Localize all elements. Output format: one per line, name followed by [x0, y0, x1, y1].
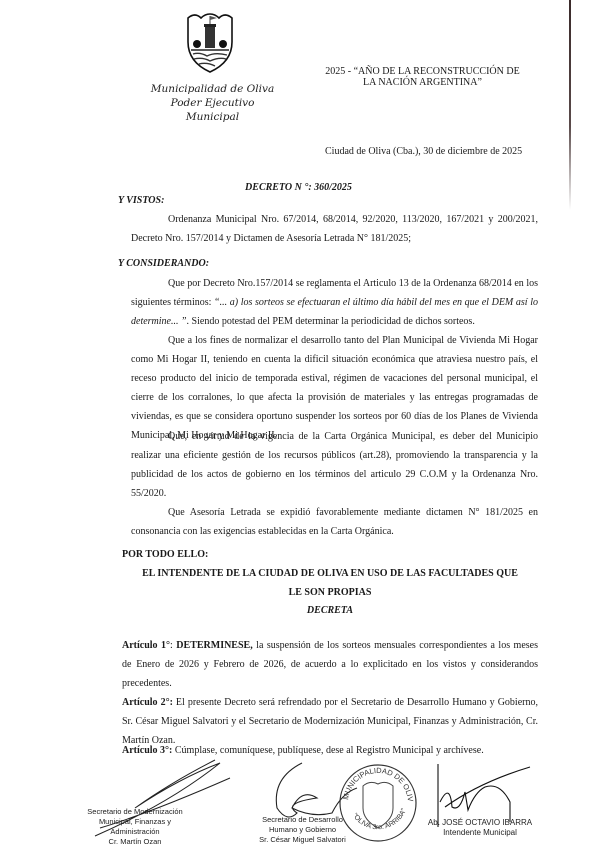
p3-text: Que, en virtud de la vigencia de la Cart…	[131, 431, 538, 499]
vistos-paragraph: Ordenanza Municipal Nro. 67/2014, 68/201…	[131, 210, 538, 248]
article-1-lead: DETERMINESE,	[176, 640, 252, 651]
considerando-paragraph-3: Que, en virtud de la vigencia de la Cart…	[131, 427, 538, 503]
sig-0-line1: Secretario de Modernización	[80, 807, 190, 817]
sig-1-line1: Secretario de Desarrollo	[255, 815, 350, 825]
article-1: Artículo 1°: DETERMINESE, la suspensión …	[122, 636, 538, 693]
sig-0-line3: Cr. Martín Ozan	[80, 837, 190, 847]
article-2-text: El presente Decreto será refrendado por …	[122, 697, 538, 746]
considerando-paragraph-4: Que Asesoría Letrada se expidió favorabl…	[131, 503, 538, 541]
institution-line-1: Municipalidad de Oliva	[145, 82, 280, 96]
vistos-heading: Y VISTOS:	[118, 195, 164, 206]
decree-title: DECRETO N °: 360/2025	[0, 182, 597, 193]
article-1-label: Artículo 1°	[122, 640, 170, 651]
decreta-label: DECRETA	[110, 605, 550, 616]
year-motto: 2025 - “AÑO DE LA RECONSTRUCCIÓN DE LA N…	[300, 66, 545, 88]
year-motto-line-1: 2025 - “AÑO DE LA RECONSTRUCCIÓN DE	[300, 66, 545, 77]
svg-text:"OLIVA 3ro. ARRIBA": "OLIVA 3ro. ARRIBA"	[351, 807, 408, 831]
institution-line-2: Poder Ejecutivo Municipal	[145, 96, 280, 124]
sig-2-line1: Ab. JOSÉ OCTAVIO IBARRA	[425, 818, 535, 828]
p4-text: Que Asesoría Letrada se expidió favorabl…	[131, 507, 538, 537]
article-3-label: Artículo 3°:	[122, 745, 172, 756]
seal-top-text: MUNICIPALIDAD DE OLIVA	[335, 751, 415, 802]
vistos-text: Ordenanza Municipal Nro. 67/2014, 68/201…	[131, 214, 538, 244]
page-edge-line	[569, 0, 571, 210]
p1-end: . Siendo potestad del PEM determinar la …	[187, 316, 475, 327]
municipal-seal-icon: MUNICIPALIDAD DE OLIVA "OLIVA 3ro. ARRIB…	[338, 758, 418, 853]
institution-name: Municipalidad de Oliva Poder Ejecutivo M…	[145, 82, 280, 124]
coat-of-arms-shield-icon	[185, 12, 235, 74]
signature-ibarra: Ab. JOSÉ OCTAVIO IBARRA Intendente Munic…	[425, 818, 535, 838]
article-3-text: Cúmplase, comuníquese, publíquese, dese …	[172, 745, 483, 756]
sig-2-line2: Intendente Municipal	[425, 828, 535, 838]
p2-text: Que a los fines de normalizar el desarro…	[131, 335, 538, 441]
intendente-line-2: LE SON PROPIAS	[110, 587, 550, 598]
year-motto-line-2: LA NACIÓN ARGENTINA”	[300, 77, 545, 88]
signature-ozan: Secretario de Modernización Municipal, F…	[80, 807, 190, 847]
sig-1-line3: Sr. César Miguel Salvatori	[255, 835, 350, 845]
considerando-heading: Y CONSIDERANDO:	[118, 258, 209, 269]
considerando-paragraph-1: Que por Decreto Nro.157/2014 se reglamen…	[131, 274, 538, 331]
article-2-label: Artículo 2°:	[122, 697, 173, 708]
sig-0-line2: Municipal, Finanzas y Administración	[80, 817, 190, 837]
signature-salvatori: Secretario de Desarrollo Humano y Gobier…	[255, 815, 350, 845]
intendente-line-1: EL INTENDENTE DE LA CIUDAD DE OLIVA EN U…	[110, 568, 550, 579]
svg-text:MUNICIPALIDAD DE OLIVA: MUNICIPALIDAD DE OLIVA	[335, 751, 415, 802]
place-date: Ciudad de Oliva (Cba.), 30 de diciembre …	[325, 146, 522, 157]
por-todo-heading: POR TODO ELLO:	[122, 549, 208, 560]
sig-1-line2: Humano y Gobierno	[255, 825, 350, 835]
seal-bottom-text: "OLIVA 3ro. ARRIBA"	[351, 807, 408, 831]
